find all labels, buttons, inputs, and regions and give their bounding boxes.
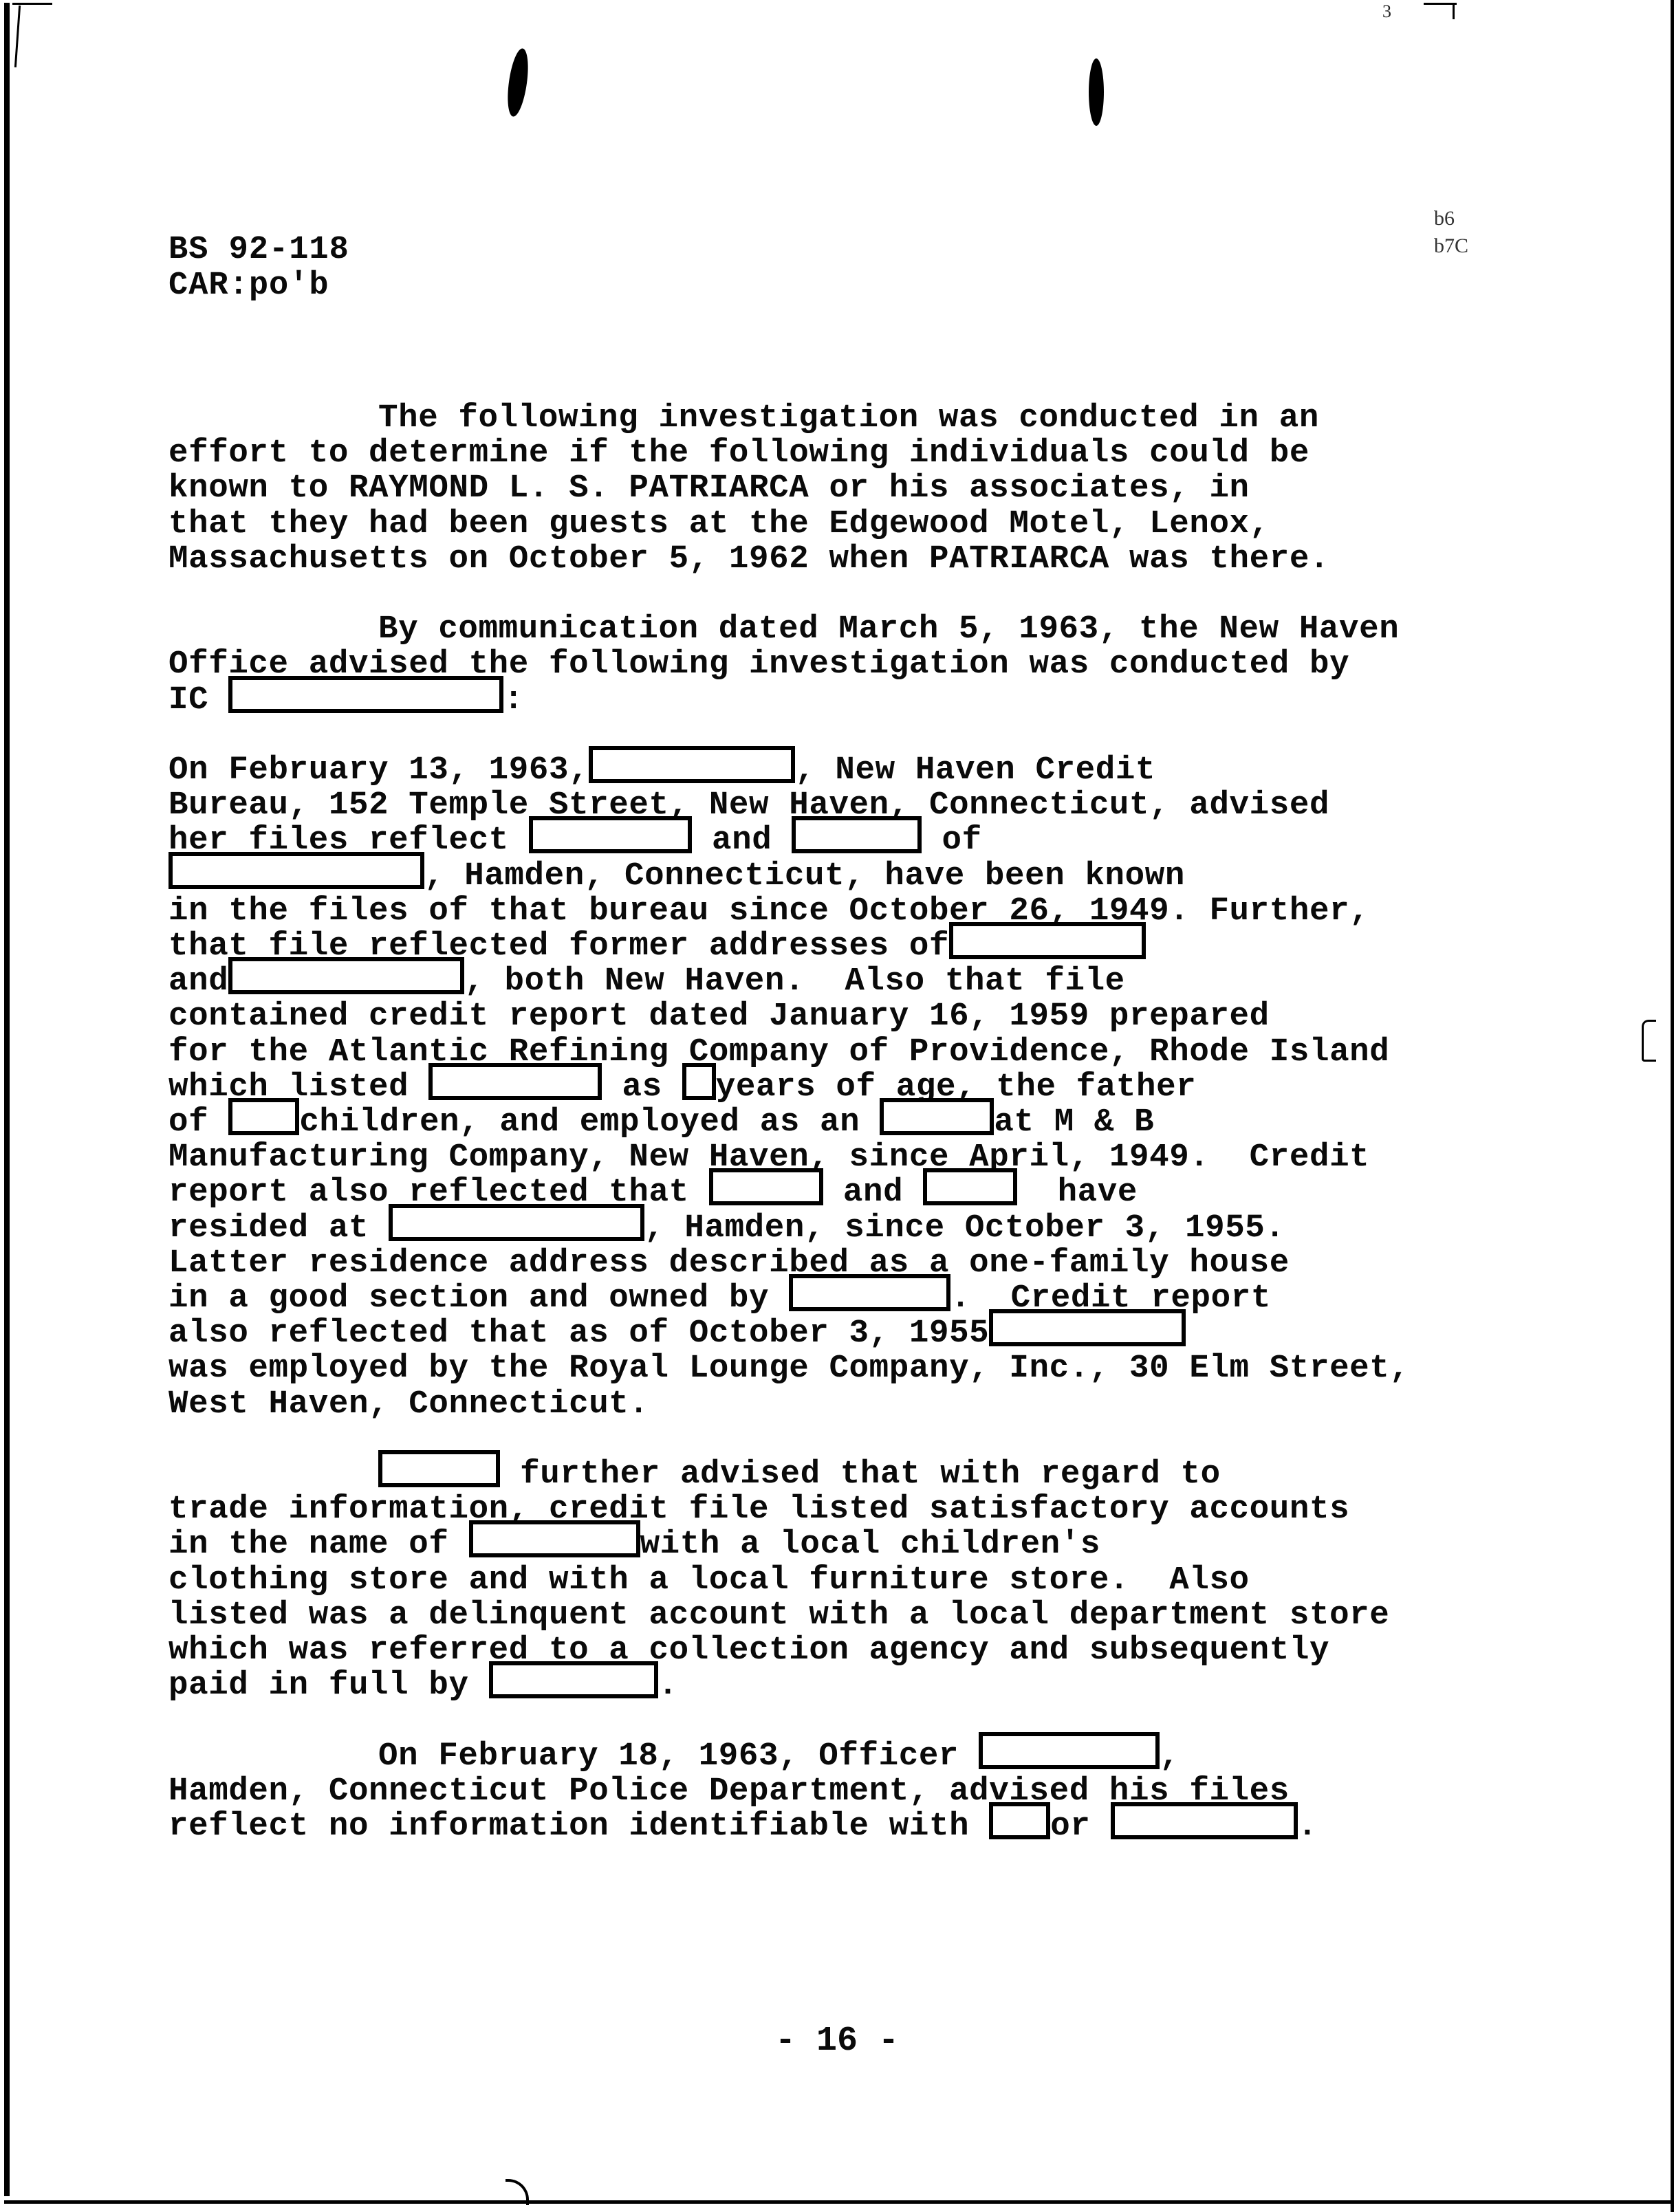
text-segment: have — [1017, 1174, 1138, 1211]
text-line: that they had been guests at the Edgewoo… — [169, 507, 1270, 541]
text-segment: IC — [169, 681, 228, 719]
text-segment: trade information, credit file listed sa… — [169, 1491, 1349, 1528]
text-segment: On February 13, 1963, — [169, 752, 589, 789]
text-line: clothing store and with a local furnitur… — [169, 1563, 1250, 1597]
punch-hole-icon — [1089, 58, 1104, 126]
text-segment: Massachusetts on October 5, 1962 when PA… — [169, 540, 1329, 578]
text-segment: of — [922, 822, 981, 859]
file-reference: BS 92-118 CAR:po'b — [169, 232, 349, 304]
text-segment: that they had been guests at the Edgewoo… — [169, 505, 1270, 543]
text-segment: known to RAYMOND L. S. PATRIARCA or his … — [169, 470, 1250, 507]
redaction-box — [880, 1098, 994, 1135]
redaction-box — [949, 922, 1146, 959]
text-segment: contained credit report dated January 16… — [169, 998, 1270, 1035]
text-line: Latter residence address described as a … — [169, 1246, 1290, 1280]
text-segment: in the files of that bureau since Octobe… — [169, 893, 1369, 930]
redaction-box — [589, 746, 795, 783]
text-segment: or — [1050, 1808, 1110, 1845]
text-segment: effort to determine if the following ind… — [169, 435, 1309, 472]
text-segment: Bureau, 152 Temple Street, New Haven, Co… — [169, 787, 1329, 824]
text-segment: as — [602, 1069, 682, 1106]
text-segment: and — [692, 822, 792, 859]
text-segment: . — [1298, 1808, 1318, 1845]
text-segment: Latter residence address described as a … — [169, 1245, 1290, 1282]
text-segment: also reflected that as of October 3, 195… — [169, 1315, 989, 1352]
text-segment: of — [169, 1104, 228, 1141]
punch-hole-icon — [504, 47, 532, 118]
redaction-box — [792, 816, 922, 853]
scan-edge-bottom — [4, 2200, 1674, 2204]
text-line: which listed as years of age, the father — [169, 1070, 1196, 1104]
redaction-box — [489, 1661, 658, 1698]
redaction-box — [169, 852, 424, 889]
text-line: By communication dated March 5, 1963, th… — [378, 612, 1399, 646]
text-segment: The following investigation was conducte… — [378, 399, 1319, 437]
text-line: IC : — [169, 683, 523, 717]
text-line: was employed by the Royal Lounge Company… — [169, 1351, 1410, 1386]
text-line: On February 18, 1963, Officer , — [378, 1739, 1180, 1773]
text-segment: reflect no information identifiable with — [169, 1808, 989, 1845]
page-number: - 16 - — [0, 2022, 1674, 2061]
redaction-box — [789, 1274, 950, 1311]
text-segment: resided at — [169, 1209, 389, 1247]
exemption-code: b7C — [1434, 232, 1468, 260]
text-line: contained credit report dated January 16… — [169, 999, 1270, 1033]
text-line: paid in full by . — [169, 1668, 678, 1702]
redaction-box — [529, 816, 692, 853]
redaction-box — [228, 1098, 299, 1135]
text-segment: , Hamden, Connecticut, have been known — [424, 857, 1185, 895]
redaction-box — [378, 1450, 500, 1487]
margin-bracket-icon — [1642, 1020, 1656, 1062]
redaction-box — [989, 1802, 1050, 1839]
redaction-box — [469, 1520, 640, 1557]
redaction-box — [979, 1732, 1160, 1769]
text-segment: for the Atlantic Refining Company of Pro… — [169, 1033, 1389, 1071]
file-number: BS 92-118 — [169, 232, 349, 268]
redaction-box — [989, 1309, 1186, 1346]
exemption-code: b6 — [1434, 205, 1468, 232]
text-segment: . — [658, 1667, 678, 1704]
text-line: Bureau, 152 Temple Street, New Haven, Co… — [169, 788, 1329, 822]
text-segment: was employed by the Royal Lounge Company… — [169, 1350, 1410, 1387]
text-segment: further advised that with regard to — [500, 1456, 1221, 1493]
text-segment: at M & B — [994, 1104, 1154, 1141]
text-segment: which was referred to a collection agenc… — [169, 1632, 1329, 1669]
text-line: The following investigation was conducte… — [378, 401, 1319, 435]
text-line: and, both New Haven. Also that file — [169, 964, 1125, 998]
text-segment: West Haven, Connecticut. — [169, 1386, 649, 1423]
redaction-box — [682, 1063, 716, 1100]
text-segment: with a local children's — [640, 1526, 1100, 1563]
text-line: further advised that with regard to — [378, 1457, 1221, 1491]
text-segment: children, and employed as an — [299, 1104, 880, 1141]
text-segment: in a good section and owned by — [169, 1280, 789, 1317]
text-line: in the name of with a local children's — [169, 1527, 1100, 1562]
text-segment: in the name of — [169, 1526, 469, 1563]
text-line: listed was a delinquent account with a l… — [169, 1598, 1389, 1632]
redaction-box — [228, 957, 464, 994]
scan-edge-right — [1671, 0, 1674, 2212]
text-segment: By communication dated March 5, 1963, th… — [378, 611, 1399, 648]
text-line: also reflected that as of October 3, 195… — [169, 1316, 1186, 1350]
scan-artifact — [506, 2179, 529, 2205]
redaction-box — [709, 1168, 823, 1205]
text-segment: : — [503, 681, 523, 719]
scan-edge-left — [4, 3, 10, 2196]
redaction-box — [389, 1204, 644, 1241]
text-segment: , New Haven Credit — [795, 752, 1155, 789]
text-line: known to RAYMOND L. S. PATRIARCA or his … — [169, 471, 1250, 505]
text-segment: On February 18, 1963, Officer — [378, 1738, 979, 1775]
scan-edge-top — [12, 3, 52, 5]
scan-artifact — [1453, 4, 1455, 19]
text-segment: listed was a delinquent account with a l… — [169, 1597, 1389, 1634]
redaction-box — [1111, 1802, 1298, 1839]
text-line: reflect no information identifiable with… — [169, 1809, 1318, 1843]
text-line: report also reflected that and have — [169, 1175, 1138, 1209]
text-line: of children, and employed as an at M & B — [169, 1105, 1154, 1139]
text-segment: , Hamden, since October 3, 1955. — [644, 1209, 1285, 1247]
redaction-box — [228, 676, 503, 713]
text-line: for the Atlantic Refining Company of Pro… — [169, 1035, 1389, 1069]
foia-exemptions: b6 b7C — [1434, 205, 1468, 260]
document-page: 3 BS 92-118 CAR:po'b b6 b7C The followin… — [0, 0, 1674, 2212]
scan-artifact — [1424, 3, 1457, 5]
text-segment: , — [1160, 1738, 1180, 1775]
text-segment: , both New Haven. Also that file — [464, 963, 1124, 1000]
redaction-box — [428, 1063, 602, 1100]
text-line: trade information, credit file listed sa… — [169, 1492, 1349, 1526]
text-segment: paid in full by — [169, 1667, 489, 1704]
text-line: On February 13, 1963,, New Haven Credit — [169, 753, 1155, 787]
text-segment: and — [823, 1174, 924, 1211]
text-line: resided at , Hamden, since October 3, 19… — [169, 1211, 1285, 1245]
text-segment: clothing store and with a local furnitur… — [169, 1562, 1250, 1599]
corner-mark: 3 — [1382, 1, 1391, 22]
text-line: , Hamden, Connecticut, have been known — [169, 859, 1185, 893]
text-line: Massachusetts on October 5, 1962 when PA… — [169, 542, 1329, 576]
typist-initials: CAR:po'b — [169, 268, 349, 304]
text-line: effort to determine if the following ind… — [169, 436, 1309, 470]
text-line: in the files of that bureau since Octobe… — [169, 894, 1369, 928]
text-line: which was referred to a collection agenc… — [169, 1633, 1329, 1667]
text-segment: and — [169, 963, 228, 1000]
text-line: West Haven, Connecticut. — [169, 1387, 649, 1421]
scan-artifact — [14, 6, 21, 67]
redaction-box — [923, 1168, 1017, 1205]
